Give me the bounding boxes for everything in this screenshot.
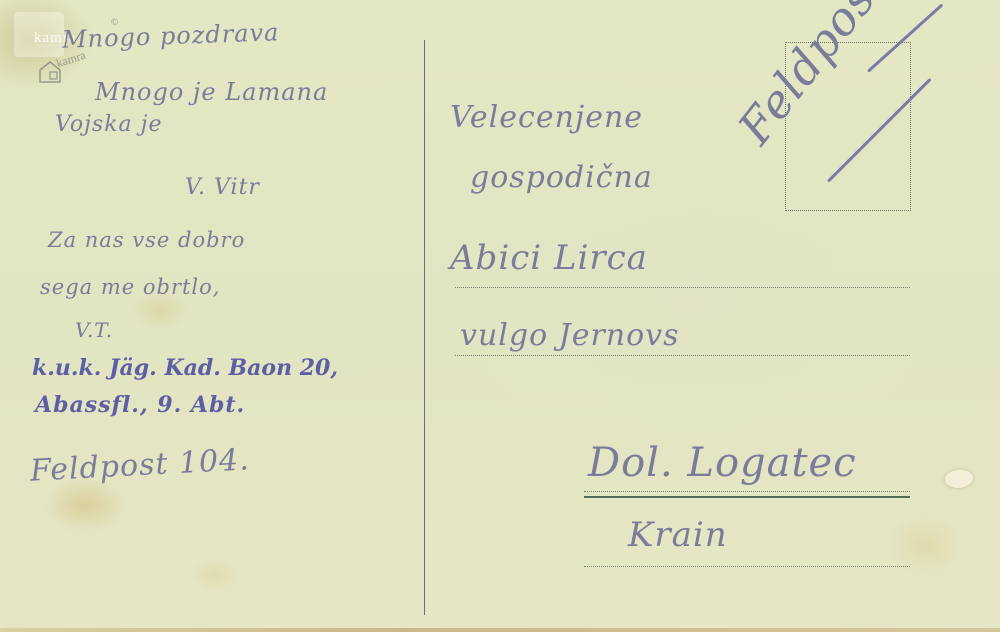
recipient-salutation: Velecenjene [450, 100, 643, 135]
postcard: kamra kamra © Mnogo pozdrava Mnogo je La… [0, 0, 1000, 632]
vertical-divider [424, 40, 425, 615]
address-underline [584, 496, 910, 498]
message-initials: V.T. [75, 318, 113, 342]
recipient-name: Abici Lirca [450, 238, 648, 278]
message-signature: V. Vitr [185, 175, 260, 200]
recipient-region: Krain [628, 515, 728, 555]
sender-feldpost: Feldpost 104. [29, 442, 250, 488]
address-line-1 [455, 287, 910, 288]
address-line-2 [455, 355, 910, 356]
recipient-title: gospodična [470, 160, 653, 195]
sender-subunit: Abassfl., 9. Abt. [35, 392, 245, 418]
paper-tear [945, 470, 973, 488]
message-line: sega me obrtlo, [40, 275, 220, 299]
address-line-4 [584, 566, 910, 567]
message-line: Mnogo pozdrava [62, 18, 280, 54]
message-line: Mnogo je Lamana [95, 78, 328, 106]
message-line: Za nas vse dobro [48, 228, 245, 252]
card-edge [0, 628, 1000, 632]
address-line-3 [584, 491, 910, 492]
recipient-alias: vulgo Jernovs [460, 318, 680, 353]
recipient-place: Dol. Logatec [588, 440, 857, 486]
sender-unit: k.u.k. Jäg. Kad. Baon 20, [32, 355, 338, 381]
message-line: Vojska je [55, 112, 163, 137]
house-logo-icon [38, 60, 62, 84]
